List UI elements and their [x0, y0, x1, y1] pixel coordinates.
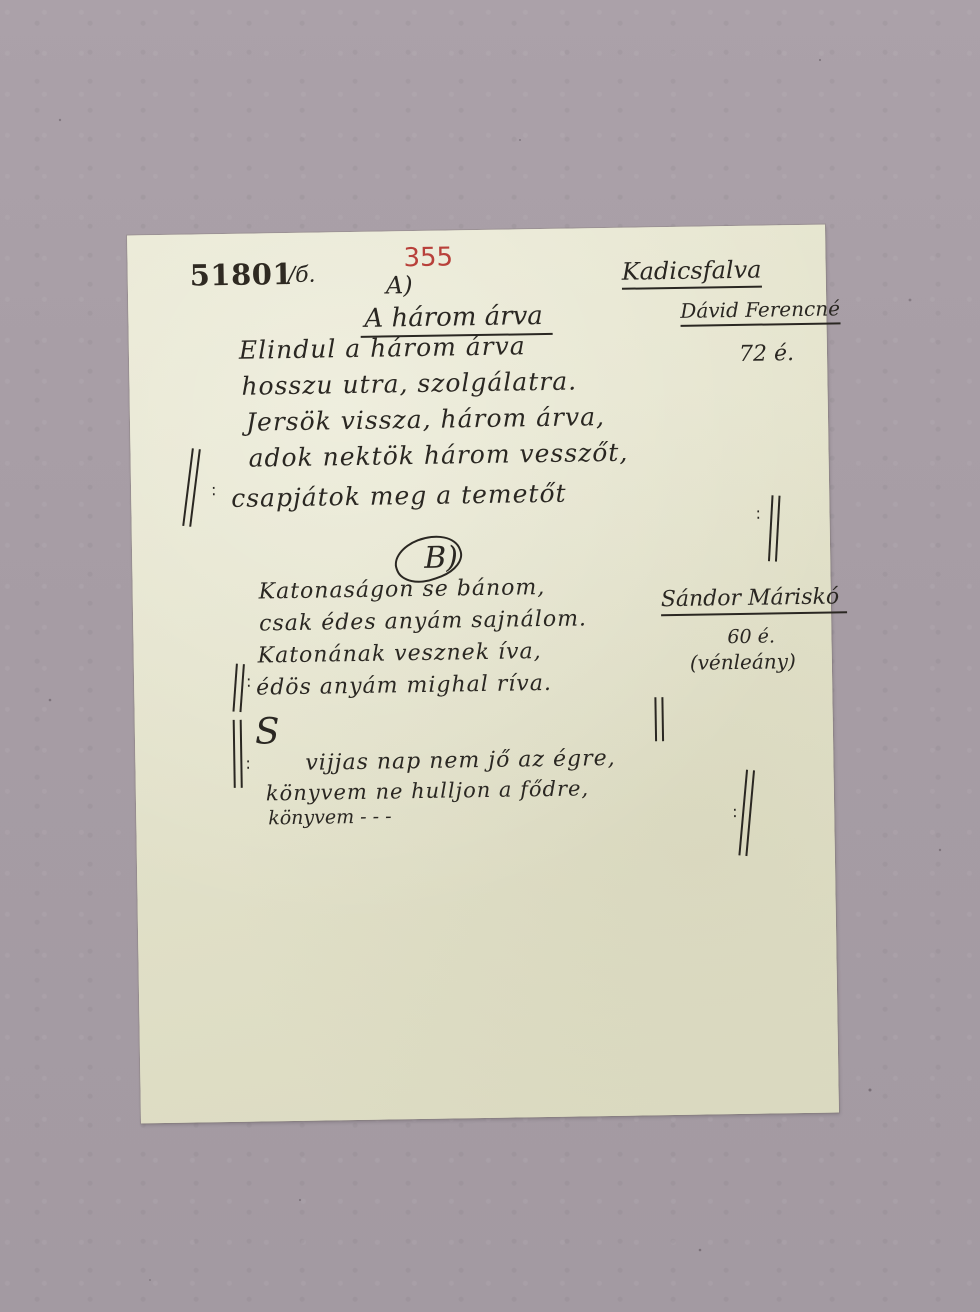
section-a-line-4: adok nektök három vesszőt, — [248, 438, 628, 473]
location: Kadicsfalva — [621, 256, 761, 290]
section-b-singer-note: (vénleány) — [690, 649, 796, 675]
section-b-repeat-line-1: édös anyám mighal ríva. — [256, 671, 552, 701]
catalog-suffix: /б. — [288, 263, 316, 288]
repeat-close-bar — [768, 495, 781, 561]
section-b-line-1: Katonaságon se bánom, — [258, 575, 545, 604]
repeat-close-dots-b2: : — [732, 802, 738, 821]
section-b-label: B) — [424, 540, 458, 576]
section-a-label: A) — [386, 271, 413, 299]
section-a-line-1: Elindul a három árva — [239, 331, 526, 365]
section-b-singer-age: 60 é. — [727, 625, 775, 648]
section-b-repeat-line-2: vijjas nap nem jő az égre, — [305, 746, 616, 776]
repeat-open-bar-b1 — [232, 664, 244, 713]
catalog-number-value: 51801 — [189, 257, 293, 293]
section-b-line-after-2: könyvem - - - — [268, 805, 392, 829]
section-a-singer: Dávid Ferencné — [680, 296, 840, 327]
section-a-singer-age: 72 é. — [739, 341, 794, 367]
manuscript-sheet: 51801 /б. 355 A) A három árva Kadicsfalv… — [127, 225, 839, 1124]
section-b-initial-s: S — [255, 711, 280, 752]
repeat-open-bar-b2 — [233, 720, 243, 788]
red-page-number: 355 — [403, 242, 453, 273]
catalog-number: 51801 — [189, 257, 293, 293]
section-b-line-after-1: könyvem ne hulljon a fődre, — [266, 776, 590, 805]
section-b-singer: Sándor Máriskó — [661, 584, 848, 616]
section-a-line-2: hosszu utra, szolgálatra. — [241, 366, 577, 400]
section-b-line-3: Katonának vesznek íva, — [257, 639, 541, 668]
repeat-close-dots: : — [755, 504, 761, 523]
section-b-line-2: csak édes anyám sajnálom. — [259, 606, 587, 636]
repeat-open-dots: : — [211, 480, 217, 499]
repeat-open-dots-b2: : — [245, 754, 251, 773]
section-a-line-3: Jersök vissza, három árva, — [246, 402, 605, 437]
repeat-close-bar-b1 — [654, 697, 664, 741]
repeat-open-dots-b1: : — [246, 672, 252, 691]
repeat-open-bar — [182, 448, 201, 527]
repeat-close-bar-b2 — [738, 770, 755, 856]
section-a-repeat-line: csapjátok meg a temetőt — [231, 479, 567, 513]
